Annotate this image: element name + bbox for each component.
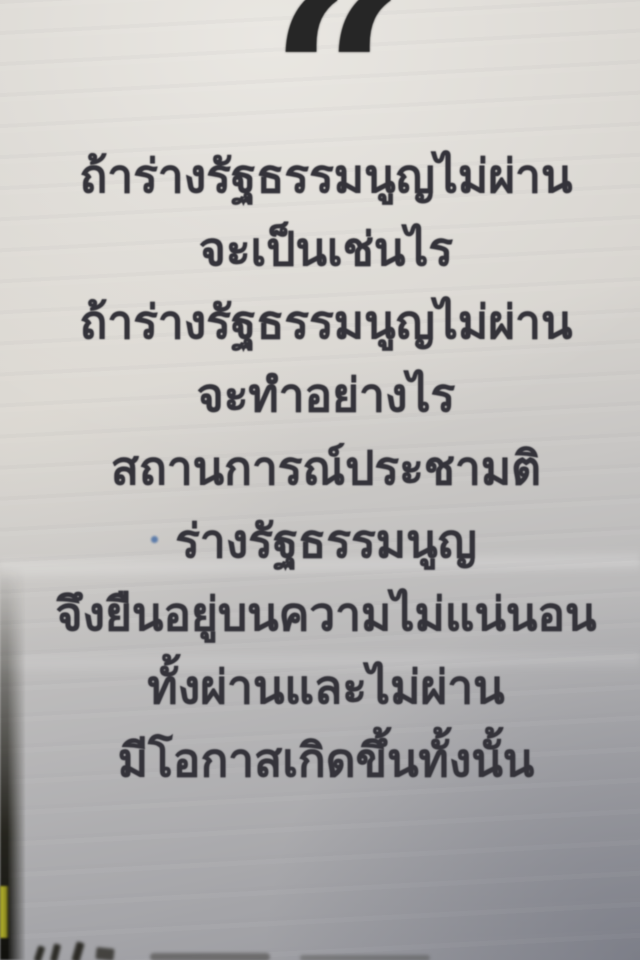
quote-line: ถ้าร่างรัฐธรรมนูญไม่ผ่าน (6, 140, 640, 213)
open-quote-mark: “ (0, 0, 640, 118)
quote-line: ถ้าร่างรัฐธรรมนูญไม่ผ่าน (6, 286, 640, 359)
quote-text: ถ้าร่างรัฐธรรมนูญไม่ผ่าน จะเป็นเช่นไร ถ้… (0, 140, 640, 797)
close-quote-glyph: ” (255, 800, 394, 893)
close-quote-mark: ” (0, 800, 640, 940)
quote-line: ร่างรัฐธรรมนูญ (6, 505, 640, 578)
quote-line: ทั้งผ่านและไม่ผ่าน (6, 651, 640, 724)
page-edge-yellow-strip (0, 886, 9, 938)
blue-pen-dot (151, 536, 158, 543)
open-quote-glyph: “ (255, 0, 398, 118)
quote-line: จึงยืนอยู่บนความไม่แน่นอน (6, 578, 640, 651)
quote-line: จะทำอย่างไร (6, 359, 640, 432)
quote-line: มีโอกาสเกิดขึ้นทั้งนั้น (6, 724, 640, 797)
quote-line: จะเป็นเช่นไร (6, 213, 640, 286)
pull-quote-block: “ ถ้าร่างรัฐธรรมนูญไม่ผ่าน จะเป็นเช่นไร … (0, 0, 640, 960)
newspaper-clipping-photo: “ ถ้าร่างรัฐธรรมนูญไม่ผ่าน จะเป็นเช่นไร … (0, 0, 640, 960)
quote-line: สถานการณ์ประชามติ (6, 432, 640, 505)
